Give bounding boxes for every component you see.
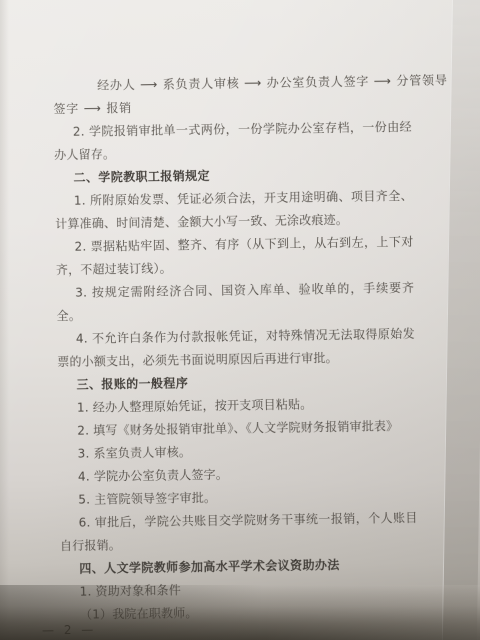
left-edge-shadow [0, 0, 9, 640]
paragraph-invoice-requirements: 1. 所附原始发票、凭证必须合法，开支用途明确、项目齐全、计算准确、时间清楚、金… [55, 185, 414, 236]
paragraph-contract-attachments: 3. 按规定需附经济合同、国资入库单、验收单的，手续要齐全。 [56, 277, 415, 328]
paragraph-approval-form-copies: 2. 学院报销审批单一式两份，一份学院办公室存档，一份由经办人留存。 [54, 116, 413, 167]
paragraph-receipt-pasting-rules: 2. 票据粘贴牢固、整齐、有序（从下到上，从右到左，上下对齐，不超过装订线）。 [55, 231, 414, 282]
paper-edge-band [442, 0, 480, 640]
paragraph-no-informal-receipts: 4. 不允许白条作为付款报帐凭证，对特殊情况无法取得原始发票的小额支出，必须先书… [57, 323, 416, 374]
document-text-block: 经办人 ⟶ 系负责人审核 ⟶ 办公室负责人签字 ⟶ 分管领导 签字 ⟶ 报销 2… [53, 70, 419, 627]
page-number: — 2 — [42, 623, 96, 638]
paragraph-eligible-teachers: （1）我院在职教师。 [61, 599, 419, 627]
procedure-step-6: 6. 审批后，学院公共账目交学院财务干事统一报销，个人账目自行报销。 [59, 507, 418, 558]
document-photo: 经办人 ⟶ 系负责人审核 ⟶ 办公室负责人签字 ⟶ 分管领导 签字 ⟶ 报销 2… [0, 0, 480, 640]
